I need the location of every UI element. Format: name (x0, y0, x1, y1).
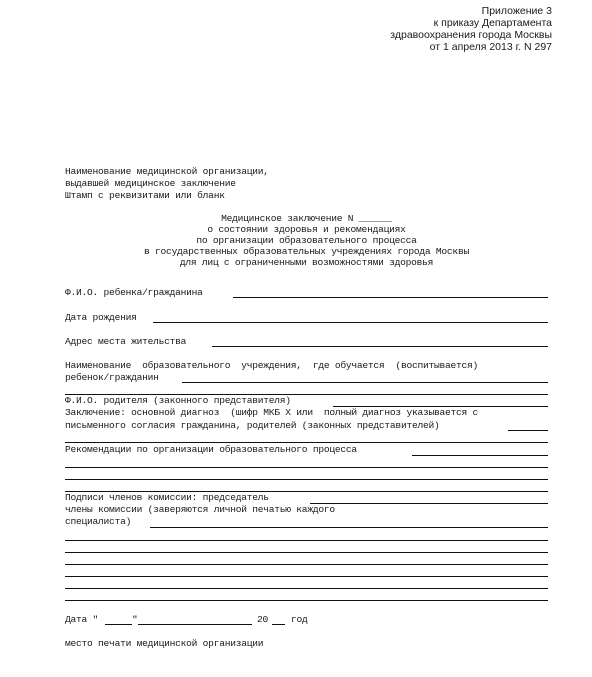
recommendations-field-extra[interactable] (65, 467, 548, 468)
signatures-label-line2: члены комиссии (заверяются личной печать… (65, 504, 335, 516)
conclusion-field[interactable] (508, 430, 548, 431)
date-year-prefix: 20 (257, 614, 268, 626)
members-signature-field-extra[interactable] (65, 564, 548, 565)
date-quote: " (132, 614, 138, 626)
org-block-line: Штамп с реквизитами или бланк (65, 190, 225, 202)
date-year-suffix: год (291, 614, 308, 626)
document-title: Медицинское заключение N ______ о состоя… (65, 213, 548, 268)
conclusion-field-extra[interactable] (65, 442, 548, 443)
parent-name-label: Ф.И.О. родителя (законного представителя… (65, 395, 291, 407)
recommendations-field[interactable] (412, 455, 548, 456)
members-signature-field-extra[interactable] (65, 552, 548, 553)
conclusion-label-line2: письменного согласия гражданина, родител… (65, 420, 440, 432)
date-label: Дата " (65, 614, 98, 626)
header-line: Приложение 3 (390, 5, 552, 17)
recommendations-label: Рекомендации по организации образователь… (65, 444, 357, 456)
title-line: Медицинское заключение N ______ (65, 213, 548, 224)
child-name-field[interactable] (233, 297, 548, 298)
title-line: по организации образовательного процесса (65, 235, 548, 246)
members-signature-field[interactable] (150, 527, 548, 528)
birth-date-label: Дата рождения (65, 312, 137, 324)
date-day-field[interactable] (105, 624, 132, 625)
address-label: Адрес места жительства (65, 336, 186, 348)
members-signature-field-extra[interactable] (65, 588, 548, 589)
order-reference-header: Приложение 3 к приказу Департамента здра… (390, 5, 552, 53)
conclusion-label-line1: Заключение: основной диагноз (шифр МКБ X… (65, 407, 478, 419)
chairman-signature-field[interactable] (310, 503, 548, 504)
date-month-field[interactable] (138, 624, 252, 625)
child-name-label: Ф.И.О. ребенка/гражданина (65, 287, 203, 299)
org-block-line: выдавшей медицинское заключение (65, 178, 236, 190)
members-signature-field-extra[interactable] (65, 576, 548, 577)
header-line: здравоохранения города Москвы (390, 29, 552, 41)
header-line: от 1 апреля 2013 г. N 297 (390, 41, 552, 53)
institution-field[interactable] (182, 382, 548, 383)
signatures-label-line3: специалиста) (65, 516, 131, 528)
members-signature-field-extra[interactable] (65, 600, 548, 601)
members-signature-field-extra[interactable] (65, 540, 548, 541)
title-line: в государственных образовательных учрежд… (65, 246, 548, 257)
date-year-field[interactable] (272, 624, 285, 625)
address-field[interactable] (212, 346, 548, 347)
title-line: для лиц с ограниченными возможностями зд… (65, 257, 548, 268)
birth-date-field[interactable] (153, 322, 548, 323)
signatures-label-line1: Подписи членов комиссии: председатель (65, 492, 269, 504)
title-line: о состоянии здоровья и рекомендациях (65, 224, 548, 235)
header-line: к приказу Департамента (390, 17, 552, 29)
recommendations-field-extra[interactable] (65, 479, 548, 480)
institution-label-line1: Наименование образовательного учреждения… (65, 360, 478, 372)
institution-label-line2: ребенок/гражданин (65, 372, 159, 384)
stamp-place-label: место печати медицинской организации (65, 638, 263, 650)
org-block-line: Наименование медицинской организации, (65, 166, 269, 178)
